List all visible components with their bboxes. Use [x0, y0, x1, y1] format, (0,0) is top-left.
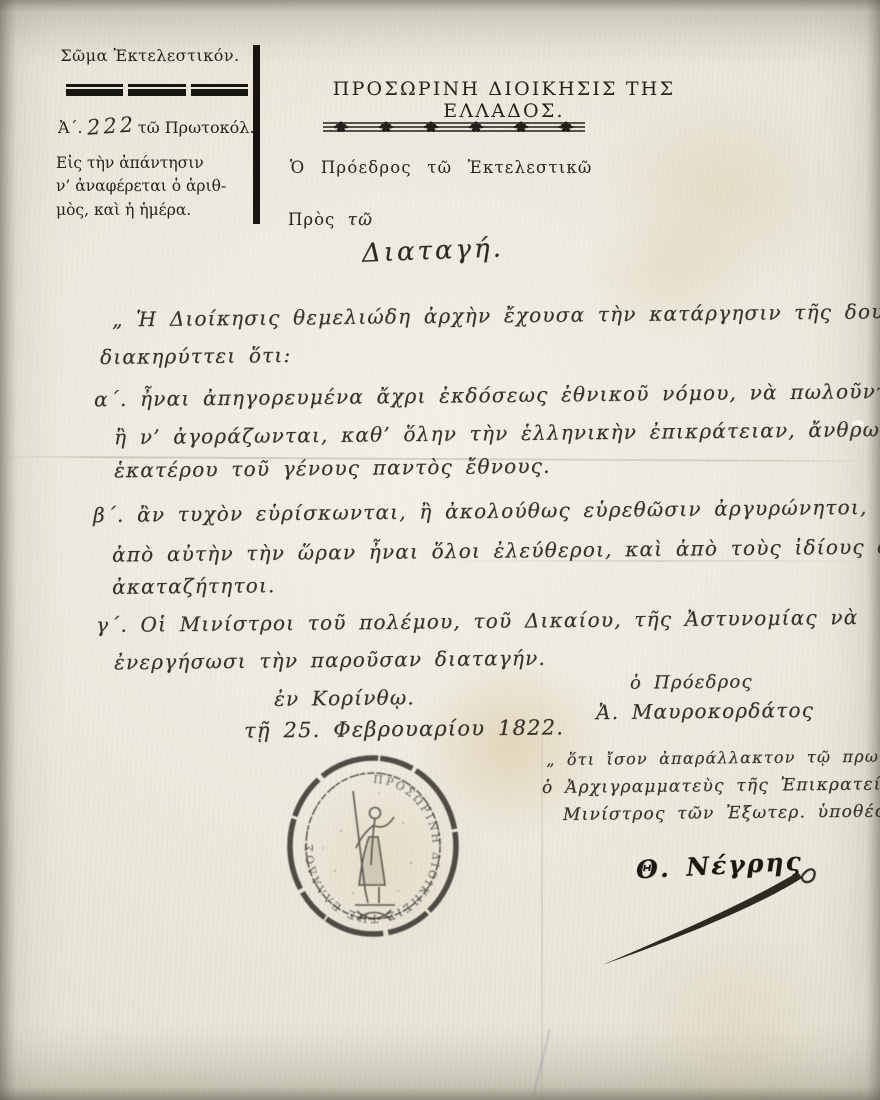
body-line: διακηρύττει ὅτι: — [100, 343, 292, 369]
official-stamp-seal: ΠΡΟΣΩΡΙΝΗ ΔΙΟΙΚΗΣΙΣ ΤΗΣ ΕΛΛΑΔΟΣ — [283, 753, 463, 939]
addressee-printed: Πρὸς — [288, 210, 335, 229]
president-title: ὁ Πρόεδρος — [630, 671, 753, 693]
protocol-number-line: Ἀ΄.222τῶ Πρωτοκόλ. — [58, 114, 254, 138]
body-line: ἐνεργήσωσι τὴν παροῦσαν διαταγήν. — [114, 646, 546, 675]
paper-edge-top — [0, 0, 880, 12]
office-line: Ὁ Πρόεδρος τῶ Ἐκτελεστικῶ — [290, 158, 593, 177]
rule-segment — [191, 84, 248, 96]
dateline-place: ἐν Κορίνθῳ. — [274, 685, 415, 710]
protocol-number-suffix: τῶ Πρωτοκόλ. — [138, 118, 255, 137]
certification-line: ὁ Ἀρχιγραμματεὺς τῆς Ἐπικρατείας, — [542, 774, 880, 798]
protocol-note: Εἰς τὴν ἀπάντησιν ν’ ἀναφέρεται ὁ ἀριθ- … — [56, 152, 226, 222]
certification-line: Μινίστρος τῶν Ἐξωτερ. ὑποθέσεων. — [563, 801, 880, 825]
protocol-box: Σῶμα Ἐκτελεστικόν. Ἀ΄.222τῶ Πρωτοκόλ. Εἰ… — [48, 40, 252, 226]
paper-edge-left — [0, 0, 16, 1100]
double-rule-ornament — [66, 84, 248, 96]
body-line: ἑκατέρου τοῦ γένους παντὸς ἔθνους. — [114, 454, 551, 483]
document-page: Σῶμα Ἐκτελεστικόν. Ἀ΄.222τῶ Πρωτοκόλ. Εἰ… — [0, 0, 880, 1100]
rosette-rule-ornament — [323, 116, 585, 138]
addressee-line: Πρὸς τῶ — [288, 210, 373, 230]
signature-flourish — [540, 852, 840, 982]
body-line: ἀκαταζήτητοι. — [112, 573, 276, 599]
order-heading: Διαταγή. — [361, 233, 504, 268]
rule-segment — [66, 84, 123, 96]
executive-body-label: Σῶμα Ἐκτελεστικόν. — [48, 46, 252, 65]
seal-figure-athena — [353, 791, 395, 920]
rule-segment — [128, 84, 185, 96]
dateline-date: τῇ 25. Φεβρουαρίου 1822. — [244, 715, 564, 742]
addressee-handwritten: τῶ — [348, 210, 374, 230]
protocol-note-line: μὸς, καὶ ἡ ἡμέρα. — [56, 199, 226, 222]
protocol-note-line: ν’ ἀναφέρεται ὁ ἀριθ- — [56, 175, 226, 198]
protocol-note-line: Εἰς τὴν ἀπάντησιν — [56, 152, 226, 175]
protocol-number-handwritten: 222 — [86, 112, 137, 139]
certification-line: „ ὅτι ἴσον ἀπαράλλακτον τῷ πρωτοτύπῳ. — [546, 746, 880, 769]
president-signature: Ἀ. Μαυροκορδάτος — [596, 698, 814, 724]
protocol-number-prefix: Ἀ΄. — [58, 118, 83, 137]
